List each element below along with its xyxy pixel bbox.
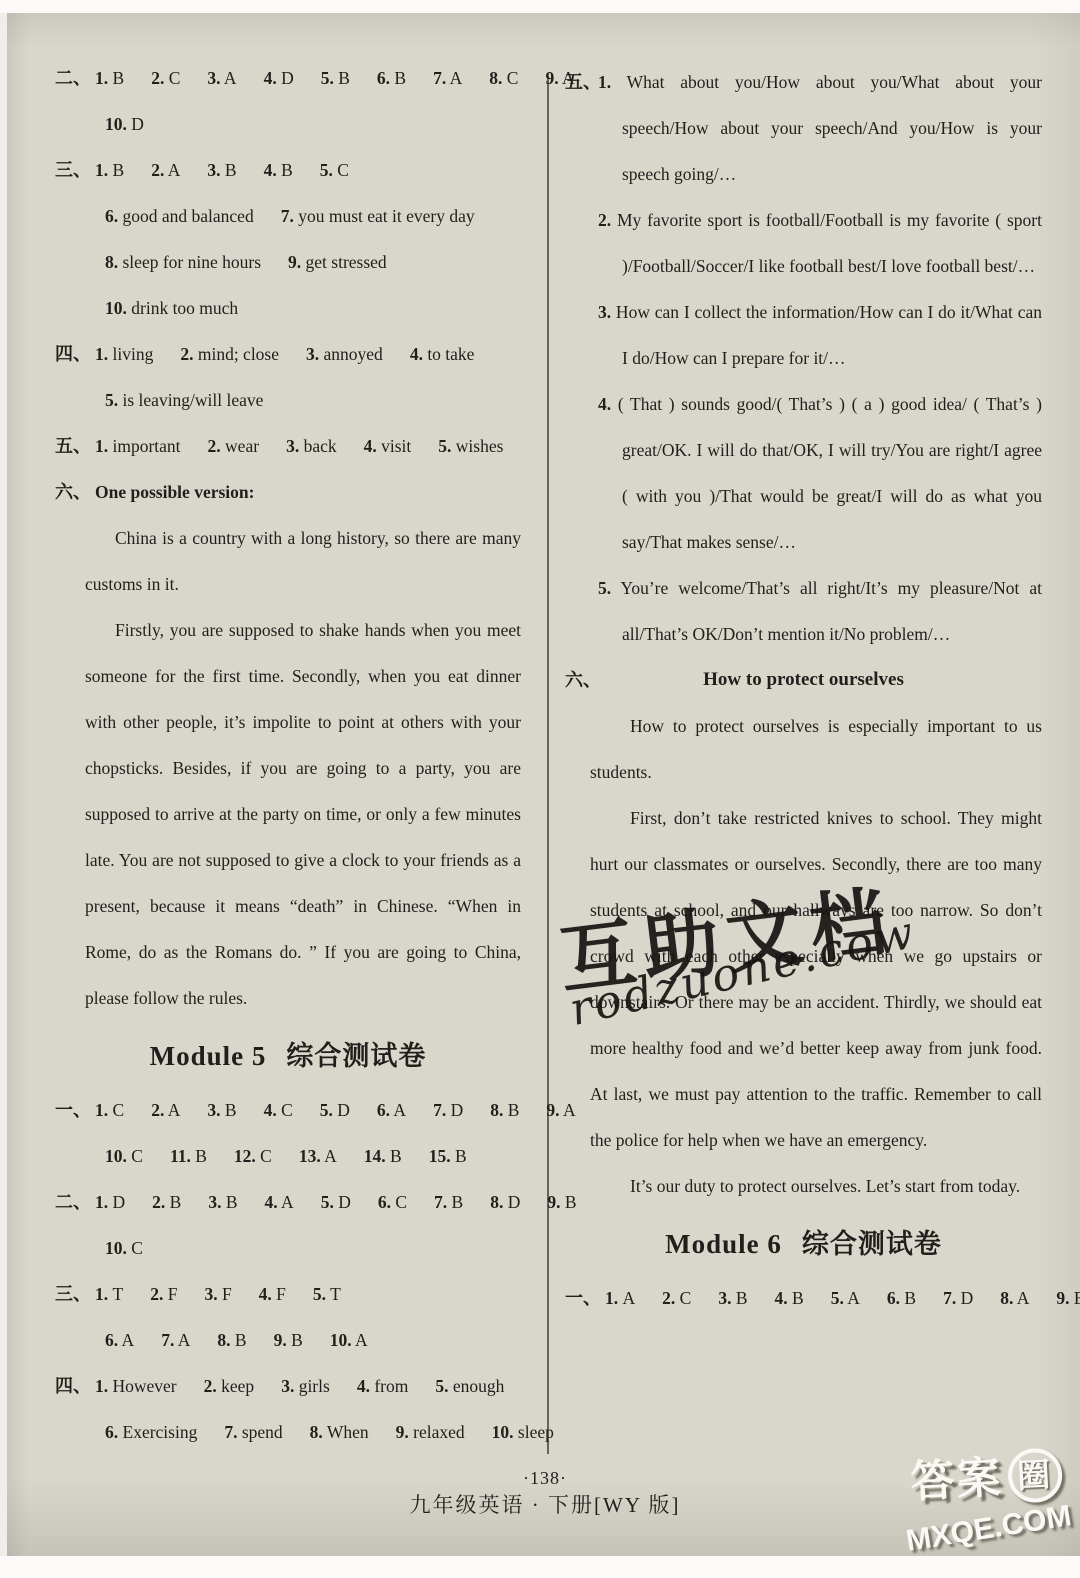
- essay-paragraph: It’s our duty to protect ourselves. Let’…: [590, 1163, 1042, 1209]
- answer-row: 10. C11. B12. C13. A14. B15. B: [55, 1133, 521, 1179]
- answer-item: 10. C: [105, 1146, 143, 1166]
- answer-item: 8. B: [217, 1330, 246, 1350]
- answer-item: 5. is leaving/will leave: [105, 390, 263, 410]
- answer-item: 10. drink too much: [105, 298, 238, 318]
- module5-heading: Module 5综合测试卷: [55, 1029, 521, 1083]
- answer-item: 6. B: [377, 68, 406, 88]
- section-six-row: 六、One possible version:: [55, 469, 521, 515]
- answer-item: 2. C: [151, 68, 180, 88]
- answer-item: 7. D: [943, 1288, 973, 1308]
- section-marker: 四、: [55, 344, 91, 364]
- answer-row: 8. sleep for nine hours9. get stressed: [55, 239, 521, 285]
- answer-item: 1. D: [95, 1192, 125, 1212]
- answer-item: 12. C: [234, 1146, 272, 1166]
- section-marker: 三、: [55, 1284, 91, 1304]
- answer-item: 6. good and balanced: [105, 206, 254, 226]
- answer-item: 4. visit: [364, 436, 412, 456]
- answer-item: 7. B: [434, 1192, 463, 1212]
- module6-heading-en: Module 6: [665, 1229, 782, 1259]
- answer-item: 9. get stressed: [288, 252, 387, 272]
- section-marker: 三、: [55, 160, 91, 180]
- answer-row: 二、1. B2. C3. A4. D5. B6. B7. A8. C9. A: [55, 55, 521, 101]
- left-answer-rows-bottom: 一、1. C2. A3. B4. C5. D6. A7. D8. B9. A10…: [55, 1087, 521, 1455]
- answer-item: 11. B: [170, 1146, 207, 1166]
- answer-row: 10. C: [55, 1225, 521, 1271]
- site-watermark: 答案圈 MXQE.COM: [895, 1437, 1078, 1550]
- module5-heading-en: Module 5: [150, 1041, 267, 1071]
- answer-item: 6. A: [105, 1330, 134, 1350]
- answer-item: 2. B: [152, 1192, 181, 1212]
- section-marker: 二、: [55, 68, 91, 88]
- answer-item: 5. C: [320, 160, 349, 180]
- right-essay: How to protect ourselves is especially i…: [590, 703, 1042, 1209]
- answer-item: 3. annoyed: [306, 344, 383, 364]
- answer-item: 2. wear: [208, 436, 260, 456]
- answer-item: 13. A: [299, 1146, 337, 1166]
- answer-row: 一、1. A2. C3. B4. B5. A6. B7. D8. A9. B: [565, 1275, 1042, 1321]
- answer-row: 5. is leaving/will leave: [55, 377, 521, 423]
- answer-item: 1. A: [605, 1288, 635, 1308]
- logo-text: 答案: [910, 1453, 1004, 1507]
- answer-item: 2. keep: [204, 1376, 255, 1396]
- answer-row: 二、1. D2. B3. B4. A5. D6. C7. B8. D9. B: [55, 1179, 521, 1225]
- answer-item: 1. T: [95, 1284, 123, 1304]
- one-possible-version-label: One possible version:: [95, 482, 254, 502]
- module6-heading-cn: 综合测试卷: [802, 1229, 942, 1259]
- answer-item: 10. D: [105, 114, 144, 134]
- answer-item: 15. B: [429, 1146, 467, 1166]
- page-footer: ·138· 九年级英语 · 下册[WY 版]: [235, 1466, 855, 1520]
- module5-heading-cn: 综合测试卷: [286, 1041, 426, 1071]
- section-six-row: 六、 How to protect ourselves: [565, 657, 1042, 703]
- numbered-answers: 1. What about you/How about you/What abo…: [565, 59, 1042, 657]
- answer-item: 4. to take: [410, 344, 475, 364]
- answer-item: 3. B: [208, 1192, 237, 1212]
- answer-item: 3. B: [718, 1288, 747, 1308]
- answer-item: 3. B: [207, 1100, 236, 1120]
- essay-paragraph: China is a country with a long history, …: [85, 515, 521, 607]
- page-left-edge: [0, 13, 7, 1556]
- answer-item: 5. D: [321, 1192, 351, 1212]
- left-essay: China is a country with a long history, …: [85, 515, 521, 1021]
- section-marker: 六、: [55, 482, 91, 502]
- site-watermark-name: 答案圈: [895, 1437, 1076, 1510]
- answer-item: 8. sleep for nine hours: [105, 252, 261, 272]
- answer-item: 10. sleep: [492, 1422, 554, 1442]
- answer-item: 4. F: [259, 1284, 286, 1304]
- answer-item: 5. A: [831, 1288, 860, 1308]
- section-marker: 四、: [55, 1376, 91, 1396]
- answer-item: 8. D: [490, 1192, 520, 1212]
- page-number: ·138·: [235, 1466, 855, 1490]
- essay-paragraph: How to protect ourselves is especially i…: [590, 703, 1042, 795]
- section-marker: 六、: [565, 657, 601, 703]
- numbered-answer: 4. ( That ) sounds good/( That’s ) ( a )…: [598, 381, 1042, 565]
- answer-item: 7. you must eat it every day: [281, 206, 475, 226]
- answer-item: 5. D: [320, 1100, 350, 1120]
- answer-item: 4. B: [775, 1288, 804, 1308]
- answer-row: 三、1. T2. F3. F4. F5. T: [55, 1271, 521, 1317]
- answer-row: 10. D: [55, 101, 521, 147]
- section-marker: 五、: [565, 59, 601, 105]
- answer-item: 4. D: [264, 68, 294, 88]
- answer-row: 四、1. However2. keep3. girls4. from5. eno…: [55, 1363, 521, 1409]
- answer-item: 7. A: [161, 1330, 190, 1350]
- answer-item: 9. B: [274, 1330, 303, 1350]
- section-marker: 一、: [55, 1100, 91, 1120]
- answer-item: 10. A: [330, 1330, 368, 1350]
- answer-item: 8. C: [489, 68, 518, 88]
- essay-paragraph: Firstly, you are supposed to shake hands…: [85, 607, 521, 1021]
- answer-item: 2. A: [151, 1100, 180, 1120]
- section-marker: 一、: [565, 1288, 601, 1308]
- answer-item: 4. B: [264, 160, 293, 180]
- answer-item: 2. C: [662, 1288, 691, 1308]
- answer-item: 1. B: [95, 68, 124, 88]
- answer-item: 6. A: [377, 1100, 406, 1120]
- answer-item: 1. living: [95, 344, 153, 364]
- answer-item: 8. B: [490, 1100, 519, 1120]
- answer-item: 2. F: [150, 1284, 177, 1304]
- answer-row: 五、1. important2. wear3. back4. visit5. w…: [55, 423, 521, 469]
- answer-item: 5. B: [321, 68, 350, 88]
- numbered-answer: 5. You’re welcome/That’s all right/It’s …: [598, 565, 1042, 657]
- answer-row: 一、1. C2. A3. B4. C5. D6. A7. D8. B9. A: [55, 1087, 521, 1133]
- answer-item: 5. wishes: [438, 436, 503, 456]
- answer-item: 1. However: [95, 1376, 177, 1396]
- answer-item: 4. A: [265, 1192, 294, 1212]
- section-five-block: 五、 1. What about you/How about you/What …: [565, 59, 1042, 657]
- numbered-answer: 1. What about you/How about you/What abo…: [598, 59, 1042, 197]
- answer-item: 3. girls: [281, 1376, 330, 1396]
- answer-item: 7. spend: [224, 1422, 282, 1442]
- essay-paragraph: First, don’t take restricted knives to s…: [590, 795, 1042, 1163]
- answer-item: 1. B: [95, 160, 124, 180]
- answer-item: 9. relaxed: [396, 1422, 465, 1442]
- right-answer-rows: 一、1. A2. C3. B4. B5. A6. B7. D8. A9. B: [565, 1275, 1042, 1321]
- answer-row: 三、1. B2. A3. B4. B5. C: [55, 147, 521, 193]
- answer-item: 2. A: [151, 160, 180, 180]
- section-marker: 二、: [55, 1192, 91, 1212]
- numbered-answer: 2. My favorite sport is football/Footbal…: [598, 197, 1042, 289]
- answer-item: 7. D: [433, 1100, 463, 1120]
- essay-title: How to protect ourselves: [565, 657, 1042, 703]
- answer-row: 10. drink too much: [55, 285, 521, 331]
- answer-item: 3. back: [286, 436, 337, 456]
- right-column: 五、 1. What about you/How about you/What …: [565, 59, 1042, 1321]
- answer-item: 1. important: [95, 436, 181, 456]
- answer-item: 8. When: [310, 1422, 369, 1442]
- answer-item: 3. A: [207, 68, 236, 88]
- answer-item: 10. C: [105, 1238, 143, 1258]
- answer-item: 7. A: [433, 68, 462, 88]
- answer-item: 4. C: [264, 1100, 293, 1120]
- left-answer-rows-top: 二、1. B2. C3. A4. D5. B6. B7. A8. C9. A10…: [55, 55, 521, 469]
- answer-item: 14. B: [364, 1146, 402, 1166]
- book-label: 九年级英语 · 下册[WY 版]: [235, 1490, 855, 1520]
- answer-item: 3. F: [204, 1284, 231, 1304]
- section-marker: 五、: [55, 436, 91, 456]
- answer-row: 6. Exercising7. spend8. When9. relaxed10…: [55, 1409, 521, 1455]
- answer-row: 6. A7. A8. B9. B10. A: [55, 1317, 521, 1363]
- answer-item: 9. B: [1056, 1288, 1080, 1308]
- module6-heading: Module 6综合测试卷: [565, 1217, 1042, 1271]
- answer-item: 6. Exercising: [105, 1422, 197, 1442]
- left-column: 二、1. B2. C3. A4. D5. B6. B7. A8. C9. A10…: [55, 55, 521, 1455]
- answer-row: 6. good and balanced7. you must eat it e…: [55, 193, 521, 239]
- answer-item: 6. C: [378, 1192, 407, 1212]
- column-divider-line: [547, 76, 549, 1454]
- answer-item: 6. B: [887, 1288, 916, 1308]
- logo-circle-char: 圈: [1006, 1447, 1063, 1504]
- answer-item: 3. B: [207, 160, 236, 180]
- answer-item: 1. C: [95, 1100, 124, 1120]
- answer-item: 5. T: [313, 1284, 341, 1304]
- answer-item: 2. mind; close: [180, 344, 279, 364]
- answer-row: 四、1. living2. mind; close3. annoyed4. to…: [55, 331, 521, 377]
- answer-item: 4. from: [357, 1376, 409, 1396]
- answer-item: 5. enough: [435, 1376, 504, 1396]
- numbered-answer: 3. How can I collect the information/How…: [598, 289, 1042, 381]
- answer-item: 8. A: [1000, 1288, 1029, 1308]
